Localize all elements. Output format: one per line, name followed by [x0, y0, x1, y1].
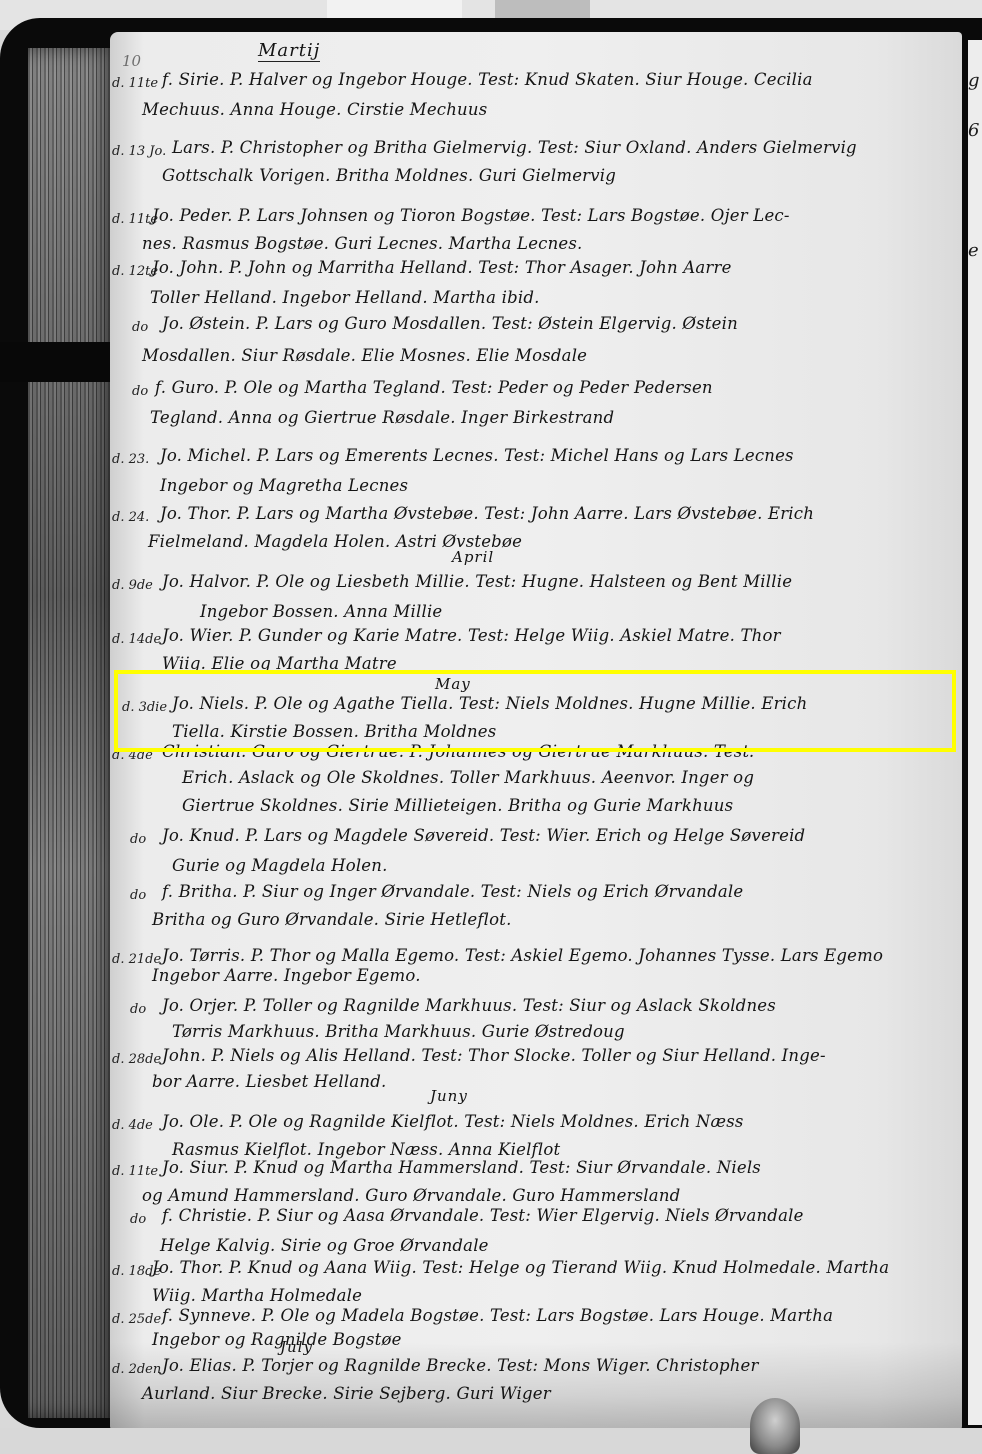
entry-date: d. 25de	[112, 1312, 161, 1327]
entry-line: Jo. Østein. P. Lars og Guro Mosdallen. T…	[162, 314, 738, 333]
page-edges	[28, 48, 120, 1418]
entry-line: Jo. Wier. P. Gunder og Karie Matre. Test…	[162, 626, 781, 645]
entry-line: og Amund Hammersland. Guro Ørvandale. Gu…	[142, 1186, 680, 1205]
entry-date: d. 23.	[112, 452, 149, 467]
entry-line: Fielmeland. Magdela Holen. Astri Øvstebø…	[148, 532, 522, 551]
entry-line: f. Synneve. P. Ole og Madela Bogstøe. Te…	[162, 1306, 833, 1325]
entry-date: d. 28de	[112, 1052, 161, 1067]
entry-line: Jo. Halvor. P. Ole og Liesbeth Millie. T…	[162, 572, 792, 591]
entry-line: Jo. Orjer. P. Toller og Ragnilde Markhuu…	[162, 996, 776, 1015]
entry-date: d. 2den	[112, 1362, 161, 1377]
entry-line: Lars. P. Christopher og Britha Gielmervi…	[172, 138, 857, 157]
month-heading-march: Martij	[258, 40, 320, 62]
entry-date: d. 11te	[112, 1164, 158, 1179]
entry-line: Helge Kalvig. Sirie og Groe Ørvandale	[160, 1236, 489, 1255]
entry-line: Tørris Markhuus. Britha Markhuus. Gurie …	[172, 1022, 625, 1041]
entry-date: d. 13 Jo.	[112, 144, 166, 159]
entry-line: Britha og Guro Ørvandale. Sirie Hetleflo…	[152, 910, 512, 929]
entry-date: d. 14de	[112, 632, 161, 647]
entry-line: bor Aarre. Liesbet Helland.	[152, 1072, 386, 1091]
highlight-box	[114, 670, 956, 752]
entry-date: d. 21de	[112, 952, 161, 967]
entry-line: Mechuus. Anna Houge. Cirstie Mechuus	[142, 100, 487, 119]
entry-date: do	[132, 320, 148, 335]
entry-line: Jo. Knud. P. Lars og Magdele Søvereid. T…	[162, 826, 805, 845]
entry-line: Jo. Thor. P. Knud og Aana Wiig. Test: He…	[152, 1258, 889, 1277]
entry-line: Jo. Thor. P. Lars og Martha Øvstebøe. Te…	[160, 504, 814, 523]
entry-line: Mosdallen. Siur Røsdale. Elie Mosnes. El…	[142, 346, 587, 365]
page-number: 10	[122, 52, 141, 70]
entry-line: Gurie og Magdela Holen.	[172, 856, 388, 875]
scan-background-bottom	[0, 1428, 982, 1454]
entry-line: Ingebor og Ragnilde Bogstøe	[152, 1330, 402, 1349]
entry-line: Aurland. Siur Brecke. Sirie Sejberg. Gur…	[142, 1384, 551, 1403]
entry-line: nes. Rasmus Bogstøe. Guri Lecnes. Martha…	[142, 234, 583, 253]
entry-line: f. Guro. P. Ole og Martha Tegland. Test:…	[155, 378, 713, 397]
entry-line: Jo. John. P. John og Marritha Helland. T…	[152, 258, 732, 277]
entry-line: Ingebor og Magretha Lecnes	[160, 476, 408, 495]
entry-date: d. 24.	[112, 510, 149, 525]
entry-line: Jo. Siur. P. Knud og Martha Hammersland.…	[162, 1158, 761, 1177]
entry-line: f. Christie. P. Siur og Aasa Ørvandale. …	[162, 1206, 804, 1225]
month-heading-june: Juny	[430, 1087, 468, 1105]
scan-shadow	[495, 0, 590, 20]
entry-line: Jo. Tørris. P. Thor og Malla Egemo. Test…	[162, 946, 883, 965]
entry-line: f. Sirie. P. Halver og Ingebor Houge. Te…	[162, 70, 813, 89]
entry-date: d. 11te	[112, 76, 158, 91]
entry-line: Jo. Ole. P. Ole og Ragnilde Kielflot. Te…	[162, 1112, 744, 1131]
entry-date: do	[130, 1002, 146, 1017]
entry-line: Tegland. Anna og Giertrue Røsdale. Inger…	[150, 408, 614, 427]
entry-date: d. 4de	[112, 1118, 153, 1133]
entry-line: Wiig. Martha Holmedale	[152, 1286, 362, 1305]
entry-date: do	[130, 1212, 146, 1227]
entry-line: Gottschalk Vorigen. Britha Moldnes. Guri…	[162, 166, 616, 185]
entry-line: Jo. Peder. P. Lars Johnsen og Tioron Bog…	[152, 206, 790, 225]
entry-line: John. P. Niels og Alis Helland. Test: Th…	[162, 1046, 826, 1065]
facing-page-edge: g6e	[968, 40, 982, 1425]
entry-date: do	[132, 384, 148, 399]
entry-line: Ingebor Aarre. Ingebor Egemo.	[152, 966, 421, 985]
entry-line: Toller Helland. Ingebor Helland. Martha …	[150, 288, 540, 307]
entry-line: Erich. Aslack og Ole Skoldnes. Toller Ma…	[182, 768, 754, 787]
entry-date: do	[130, 888, 146, 903]
entry-date: do	[130, 832, 146, 847]
entry-line: Giertrue Skoldnes. Sirie Millieteigen. B…	[182, 796, 733, 815]
entry-line: f. Britha. P. Siur og Inger Ørvandale. T…	[162, 882, 743, 901]
thumb-holding-page	[750, 1398, 800, 1454]
entry-line: Jo. Elias. P. Torjer og Ragnilde Brecke.…	[162, 1356, 759, 1375]
entry-line: Jo. Michel. P. Lars og Emerents Lecnes. …	[160, 446, 794, 465]
entry-line: Ingebor Bossen. Anna Millie	[200, 602, 442, 621]
entry-date: d. 9de	[112, 578, 153, 593]
entry-line: Rasmus Kielflot. Ingebor Næss. Anna Kiel…	[172, 1140, 560, 1159]
